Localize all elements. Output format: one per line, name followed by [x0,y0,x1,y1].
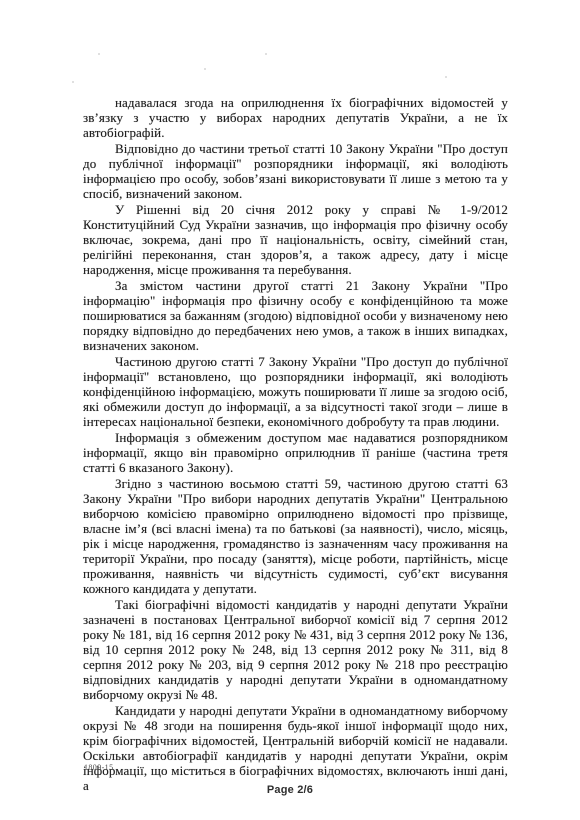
document-text-block: надавалася згода на оприлюднення їх біог… [83,95,508,794]
paragraph: Інформація з обмеженим доступом має нада… [83,430,508,475]
document-reference-number: 1809-15 [84,763,113,772]
scan-speck [265,53,267,55]
paragraph: Кандидати у народні депутати України в о… [83,703,508,793]
page-indicator: Page 2/6 [0,784,580,796]
paragraph: У Рішенні від 20 січня 2012 року у справ… [83,202,508,277]
paragraph: Такі біографічні відомості кандидатів у … [83,597,508,702]
scanned-document-page: надавалася згода на оприлюднення їх біог… [0,0,580,820]
scan-speck [445,76,447,78]
paragraph: надавалася згода на оприлюднення їх біог… [83,95,508,140]
paragraph: Частиною другою статті 7 Закону України … [83,354,508,429]
scan-speck [72,81,74,83]
scanned-page-number: 2 [276,764,281,775]
paragraph: Згідно з частиною восьмою статті 59, час… [83,476,508,596]
scan-speck [204,68,206,70]
paragraph: За змістом частини другої статті 21 Зако… [83,278,508,353]
scan-speck [98,53,100,55]
paragraph: Відповідно до частини третьої статті 10 … [83,141,508,201]
